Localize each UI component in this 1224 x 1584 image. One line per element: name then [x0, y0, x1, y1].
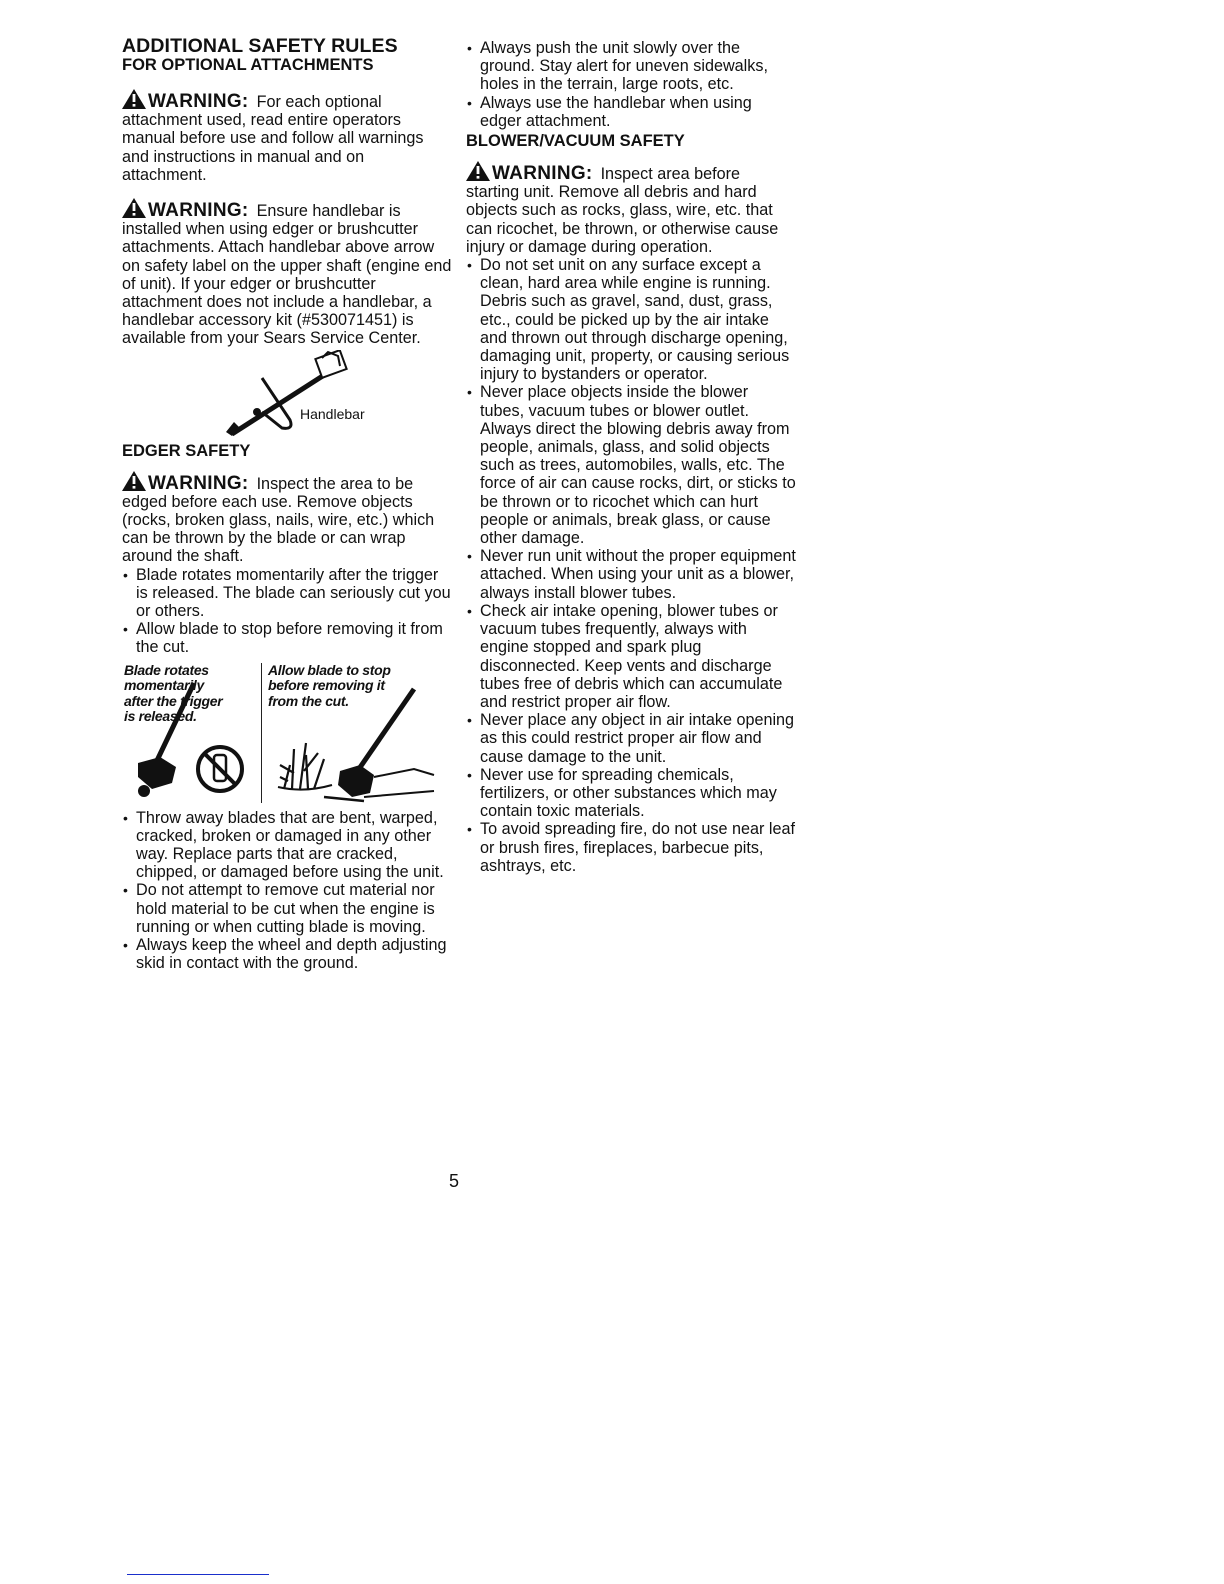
edger-blade-rotates-illustration	[122, 661, 262, 809]
warning-blower-vacuum: WARNING:Inspect area before starting uni…	[466, 161, 796, 256]
list-item: Do not attempt to remove cut material no…	[122, 881, 452, 936]
list-item: Throw away blades that are bent, warped,…	[122, 809, 452, 882]
list-item: Do not set unit on any surface except a …	[466, 256, 796, 383]
warning-label: WARNING:	[148, 473, 249, 494]
list-item: Check air intake opening, blower tubes o…	[466, 602, 796, 711]
page-number: 5	[449, 1171, 459, 1192]
warning-optional-attachments: WARNING:For each optional attachment use…	[122, 89, 452, 184]
warning-label: WARNING:	[148, 91, 249, 112]
edger-bullets-bottom: Throw away blades that are bent, warped,…	[122, 809, 452, 973]
warning-triangle-icon	[466, 161, 490, 181]
handlebar-label: Handlebar	[300, 406, 365, 422]
page-subtitle: FOR OPTIONAL ATTACHMENTS	[122, 56, 452, 75]
list-item: Never run unit without the proper equipm…	[466, 547, 796, 602]
section-heading-blower-vacuum-safety: BLOWER/VACUUM SAFETY	[466, 132, 796, 151]
edger-bullets-continued: Always push the unit slowly over the gro…	[466, 39, 796, 130]
edger-bullets-top: Blade rotates momentarily after the trig…	[122, 566, 452, 657]
footer-rule	[127, 1574, 269, 1575]
warning-handlebar: WARNING:Ensure handlebar is installed wh…	[122, 198, 452, 348]
warning-text: Ensure handlebar is installed when using…	[122, 202, 451, 347]
edger-stop-blade-illustration	[264, 661, 444, 809]
warning-triangle-icon	[122, 89, 146, 109]
warning-label: WARNING:	[492, 163, 593, 184]
left-column: ADDITIONAL SAFETY RULES FOR OPTIONAL ATT…	[122, 36, 452, 973]
right-column: Always push the unit slowly over the gro…	[466, 39, 796, 875]
warning-edger: WARNING:Inspect the area to be edged bef…	[122, 471, 452, 566]
blower-vacuum-bullets: Do not set unit on any surface except a …	[466, 256, 796, 875]
handlebar-figure: Handlebar	[122, 350, 452, 438]
list-item: Allow blade to stop before removing it f…	[122, 620, 452, 656]
warning-label: WARNING:	[148, 200, 249, 221]
list-item: Never place any object in air intake ope…	[466, 711, 796, 766]
edger-illustrations: Blade rotates momentarily after the trig…	[122, 661, 452, 809]
section-heading-edger-safety: EDGER SAFETY	[122, 442, 452, 461]
page-title: ADDITIONAL SAFETY RULES	[122, 36, 452, 56]
warning-triangle-icon	[122, 198, 146, 218]
warning-triangle-icon	[122, 471, 146, 491]
list-item: Never place objects inside the blower tu…	[466, 383, 796, 547]
list-item: Always use the handlebar when using edge…	[466, 94, 796, 130]
list-item: Never use for spreading chemicals, ferti…	[466, 766, 796, 821]
list-item: Always keep the wheel and depth adjustin…	[122, 936, 452, 972]
figure-divider	[261, 663, 262, 803]
trimmer-handlebar-illustration	[222, 350, 352, 438]
list-item: Blade rotates momentarily after the trig…	[122, 566, 452, 621]
list-item: Always push the unit slowly over the gro…	[466, 39, 796, 94]
list-item: To avoid spreading fire, do not use near…	[466, 820, 796, 875]
